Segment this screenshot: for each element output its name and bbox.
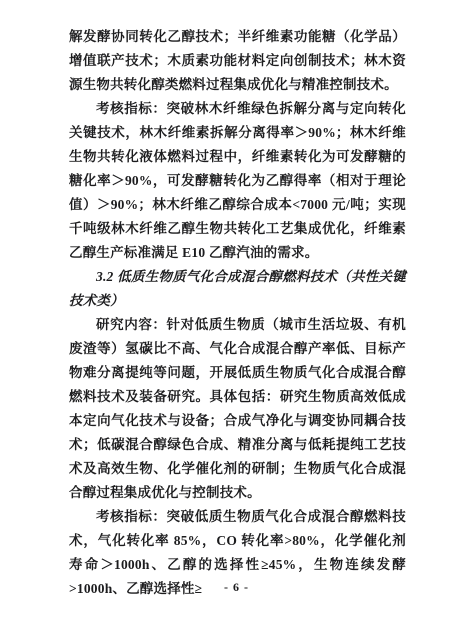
section-heading: 3.2 低质生物质气化合成混合醇燃料技术（共性关键技术类） [69,265,406,313]
paragraph: 研究内容：针对低质生物质（城市生活垃圾、有机废渣等）氢碳比不高、气化合成混合醇产… [69,313,406,505]
paragraph: 考核指标：突破林木纤维绿色拆解分离与定向转化关键技术，林木纤维素拆解分离得率＞9… [69,97,406,265]
paragraph: 解发酵协同转化乙醇技术；半纤维素功能糖（化学品）增值联产技术；木质素功能材料定向… [69,25,406,97]
page-number: - 6 - [0,580,473,595]
document-body: 解发酵协同转化乙醇技术；半纤维素功能糖（化学品）增值联产技术；木质素功能材料定向… [69,25,406,601]
document-page: 解发酵协同转化乙醇技术；半纤维素功能糖（化学品）增值联产技术；木质素功能材料定向… [0,0,473,623]
